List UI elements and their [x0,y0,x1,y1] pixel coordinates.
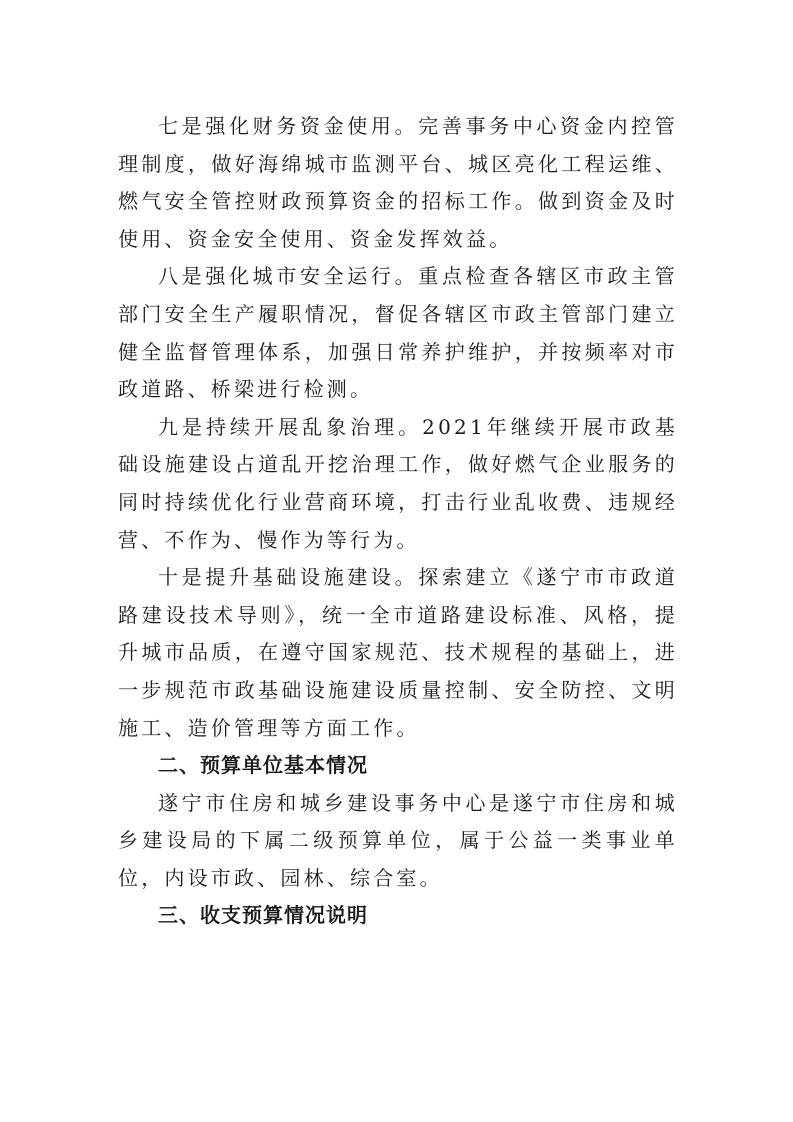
paragraph-unit-description: 遂宁市住房和城乡建设事务中心是遂宁市住房和城乡建设局的下属二级预算单位，属于公益… [118,785,678,898]
section-heading-unit-info: 二、预算单位基本情况 [118,747,678,785]
document-page: 七是强化财务资金使用。完善事务中心资金内控管理制度，做好海绵城市监测平台、城区亮… [118,108,678,935]
paragraph-infrastructure: 十是提升基础设施建设。探索建立《遂宁市市政道路建设技术导则》，统一全市道路建设标… [118,559,678,747]
paragraph-disorder-governance: 九是持续开展乱象治理。2021年继续开展市政基础设施建设占道乱开挖治理工作，做好… [118,409,678,559]
section-heading-budget-explanation: 三、收支预算情况说明 [118,897,678,935]
paragraph-city-safety: 八是强化城市安全运行。重点检查各辖区市政主管部门安全生产履职情况，督促各辖区市政… [118,258,678,408]
paragraph-finance-funds: 七是强化财务资金使用。完善事务中心资金内控管理制度，做好海绵城市监测平台、城区亮… [118,108,678,258]
